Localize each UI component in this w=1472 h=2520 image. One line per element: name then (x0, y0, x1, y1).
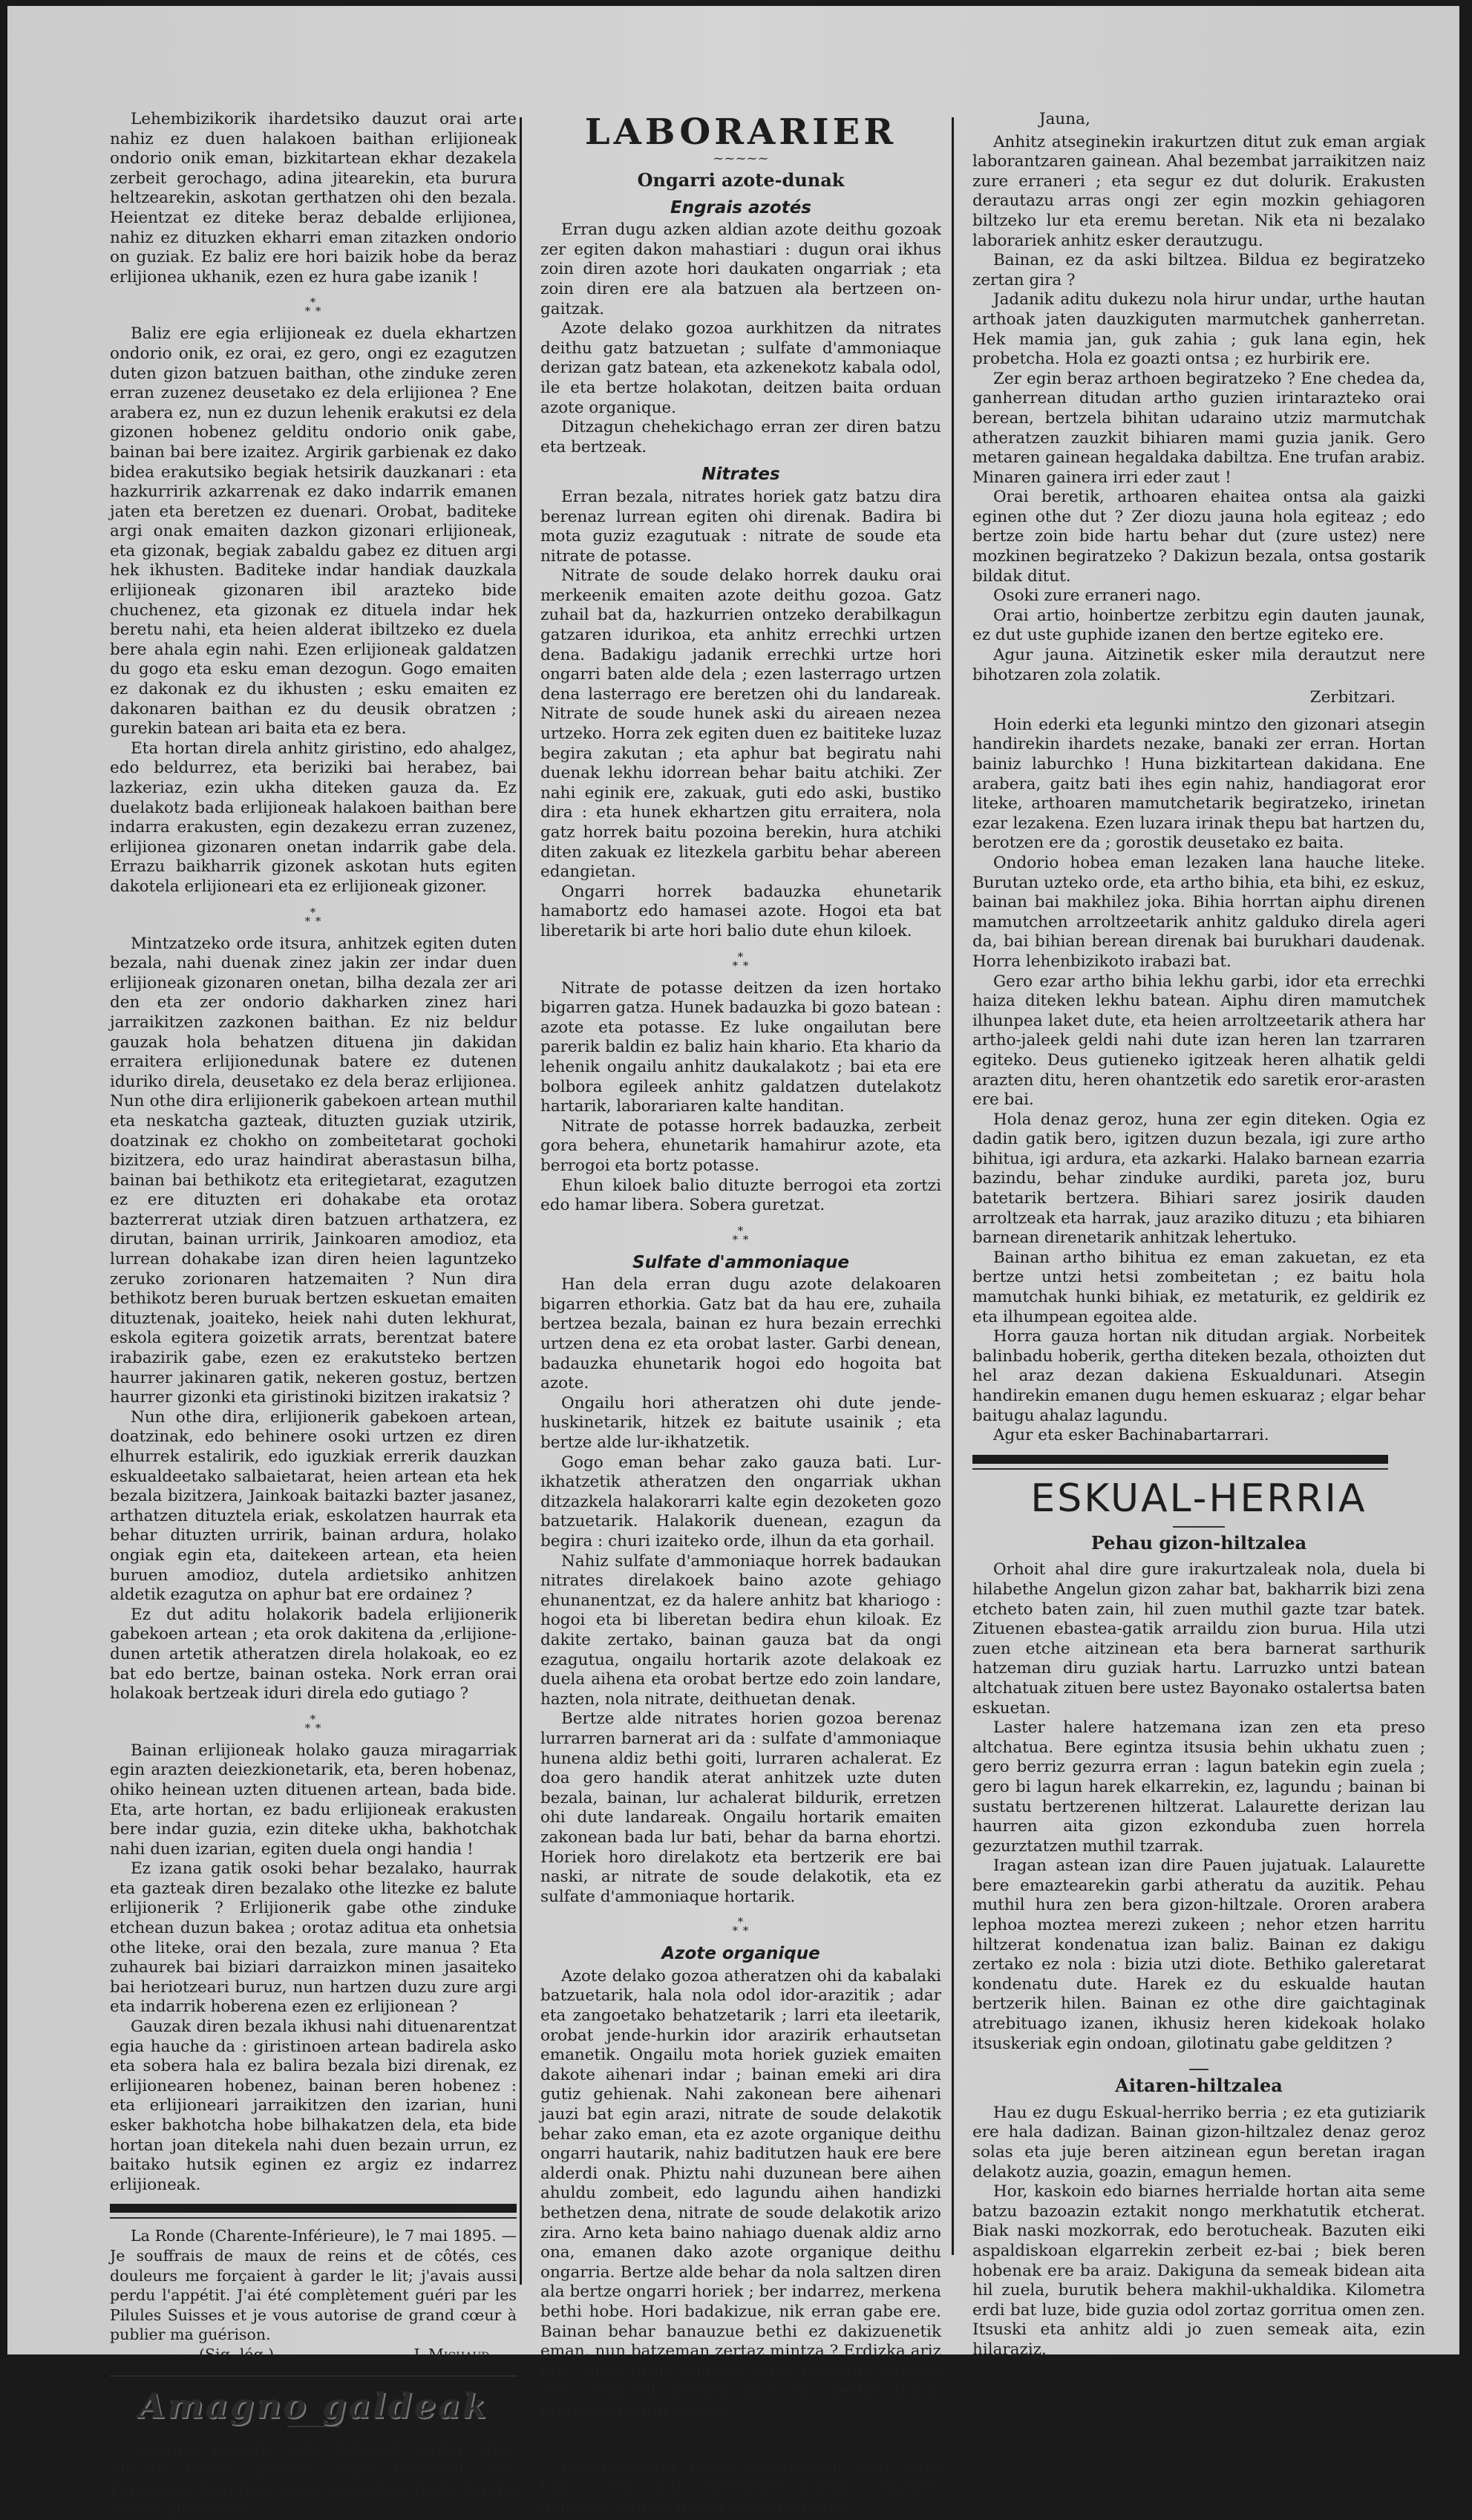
article-paragraph: Gogo eman behar zako gauza bati. Lur-ikh… (540, 1453, 941, 1552)
article-paragraph: Erran bezala, nitrates horiek gatz batzu… (540, 488, 941, 566)
reply-paragraph: Gero ezar artho bihia lekhu garbi, idor … (972, 972, 1425, 1110)
letter-paragraph: Zer egin beraz arthoen begiratzeko ? Ene… (972, 370, 1425, 488)
asterism-divider: ** * (110, 1715, 517, 1732)
letter-paragraph: Bainan, ez da aski biltzea. Bildua ez be… (972, 251, 1425, 290)
column-3: Jauna, Anhitz atseginekin irakurtzen dit… (972, 110, 1425, 2360)
thin-divider (110, 2217, 517, 2219)
letter-signoff: Zerbitzari. (972, 688, 1425, 708)
story-paragraph: Orhoit ahal dire gure irakurtzaleak nola… (972, 1560, 1425, 1718)
asterism-divider: ** * (540, 1917, 941, 1935)
section-heading: Azote organique (540, 1944, 941, 1964)
asterism-divider: ** * (540, 1226, 941, 1244)
testimonial-signer: J. Michaud. (413, 2345, 494, 2362)
wave-ornament: ~~~~~ (540, 153, 941, 165)
letter-paragraph: Orai beretik, arthoaren ehaitea ontsa al… (972, 488, 1425, 586)
asterism-divider: ** * (110, 908, 517, 926)
article-paragraph: Han dela erran dugu azote delakoaren big… (540, 1275, 941, 1394)
article-paragraph: Lehembizikorik ihardetsiko dauzut orai a… (110, 110, 517, 287)
newspaper-page: Lehembizikorik ihardetsiko dauzut orai a… (7, 6, 1459, 2354)
column-2: LABORARIER ~~~~~ Ongarri azote-dunak Eng… (540, 110, 941, 2362)
reply-paragraph: Hola denaz geroz, huna zer egin diteken.… (972, 1110, 1425, 1248)
column-rule-2 (952, 117, 954, 2255)
section-masthead: LABORARIER (540, 113, 941, 151)
story-paragraph: Hau ez dugu Eskual-herriko berria ; ez e… (972, 2104, 1425, 2182)
story-title: Pehau gizon-hiltzalea (972, 1534, 1425, 1554)
short-divider (1189, 2069, 1208, 2070)
story-paragraph: Iragan astean izan dire Pauen jujatuak. … (972, 1856, 1425, 2054)
article-paragraph: Azote delako gozoa aurkhitzen da nitrate… (540, 319, 941, 418)
testimonial-signature-line: (Sig. lég.) J. Michaud. (110, 2345, 517, 2362)
testimonial-ad: La Ronde (Charente-Inférieure), le 7 mai… (110, 2226, 517, 2362)
asterism-divider: ** * (540, 952, 941, 970)
article-paragraph: Erran dugu azken aldian azote deithu goz… (540, 220, 941, 319)
article-paragraph: Ongarri horrek badauzka ehunetarik hamab… (540, 883, 941, 942)
reply-paragraph: Hoin ederki eta legunki mintzo den gizon… (972, 716, 1425, 854)
reply-paragraph: Agur eta esker Bachinabartarrari. (972, 1426, 1425, 1446)
article-paragraph: Ehun kiloek balio dituzte berrogoi eta z… (540, 1176, 941, 1216)
thin-divider (972, 1468, 1388, 1470)
testimonial-text: La Ronde (Charente-Inférieure), le 7 mai… (110, 2226, 517, 2345)
testimonial-sig-note: (Sig. lég.) (199, 2345, 274, 2362)
article-paragraph: Bainan erlijioneak holako gauza miragarr… (110, 1741, 517, 1860)
section-masthead: ESKUAL-HERRIA (972, 1477, 1425, 1520)
column-1: Lehembizikorik ihardetsiko dauzut orai a… (110, 110, 517, 2362)
thick-divider (972, 1455, 1388, 1464)
article-paragraph: Ditzagun chehekichago erran zer diren ba… (540, 418, 941, 457)
short-divider (1173, 1526, 1225, 1528)
article-paragraph: Bertze alde nitrates horien gozoa berena… (540, 1709, 941, 1907)
column-rule-1 (520, 117, 522, 2285)
section-heading: Engrais azotés (540, 198, 941, 218)
story-title: Aitaren-hiltzalea (972, 2076, 1425, 2096)
letter-paragraph: Orai artio, hoinbertze zerbitzu egin dau… (972, 606, 1425, 646)
article-paragraph: Nitrate de potasse deitzen da izen horta… (540, 979, 941, 1117)
reply-paragraph: Bainan artho bihitua ez eman zakuetan, e… (972, 1248, 1425, 1327)
article-paragraph: Gauzak diren bezala ikhusi nahi dituenar… (110, 2017, 517, 2195)
letter-paragraph: Anhitz atseginekin irakurtzen ditut zuk … (972, 133, 1425, 252)
asterism-divider: ** * (110, 298, 517, 315)
article-paragraph: Nahiz sulfate d'ammoniaque horrek badauk… (540, 1552, 941, 1710)
reply-paragraph: Horra gauza hortan nik ditudan argiak. N… (972, 1327, 1425, 1426)
article-paragraph: Nitrate de soude delako horrek dauku ora… (540, 566, 941, 883)
letter-paragraph: Jadanik aditu dukezu nola hirur undar, u… (972, 290, 1425, 369)
story-paragraph: Hor, kaskoin edo biarnes herrialde horta… (972, 2182, 1425, 2360)
story-paragraph: Laster halere hatzemana izan zen eta pre… (972, 1718, 1425, 1856)
article-paragraph: Baliz ere egia erlijioneak ez duela ekha… (110, 324, 517, 739)
article-paragraph: Mintzatzeko orde itsura, anhitzek egiten… (110, 935, 517, 1408)
letter-salutation: Jauna, (972, 110, 1425, 130)
thick-divider (110, 2204, 517, 2213)
article-paragraph: Eta hortan direla anhitz giristino, edo … (110, 739, 517, 897)
article-paragraph: Nitrate de potasse horrek badauzka, zerb… (540, 1117, 941, 1176)
reply-paragraph: Ondorio hobea eman lezaken lana hauche l… (972, 854, 1425, 972)
article-title: Ongarri azote-dunak (540, 171, 941, 191)
article-paragraph: Ez izana gatik osoki behar bezalako, hau… (110, 1859, 517, 2017)
article-paragraph: Azote delako gozoa atheratzen ohi da kab… (540, 1967, 941, 2362)
letter-paragraph: Osoki zure erraneri nago. (972, 586, 1425, 606)
section-heading: Sulfate d'ammoniaque (540, 1253, 941, 1273)
letter-paragraph: Agur jauna. Aitzinetik esker mila deraut… (972, 646, 1425, 685)
article-paragraph: Ez dut aditu holakorik badela erlijioner… (110, 1606, 517, 1704)
section-heading: Nitrates (540, 465, 941, 485)
article-paragraph: Ongailu hori atheratzen ohi dute jende-h… (540, 1394, 941, 1453)
article-paragraph: Nun othe dira, erlijionerik gabekoen art… (110, 1408, 517, 1606)
